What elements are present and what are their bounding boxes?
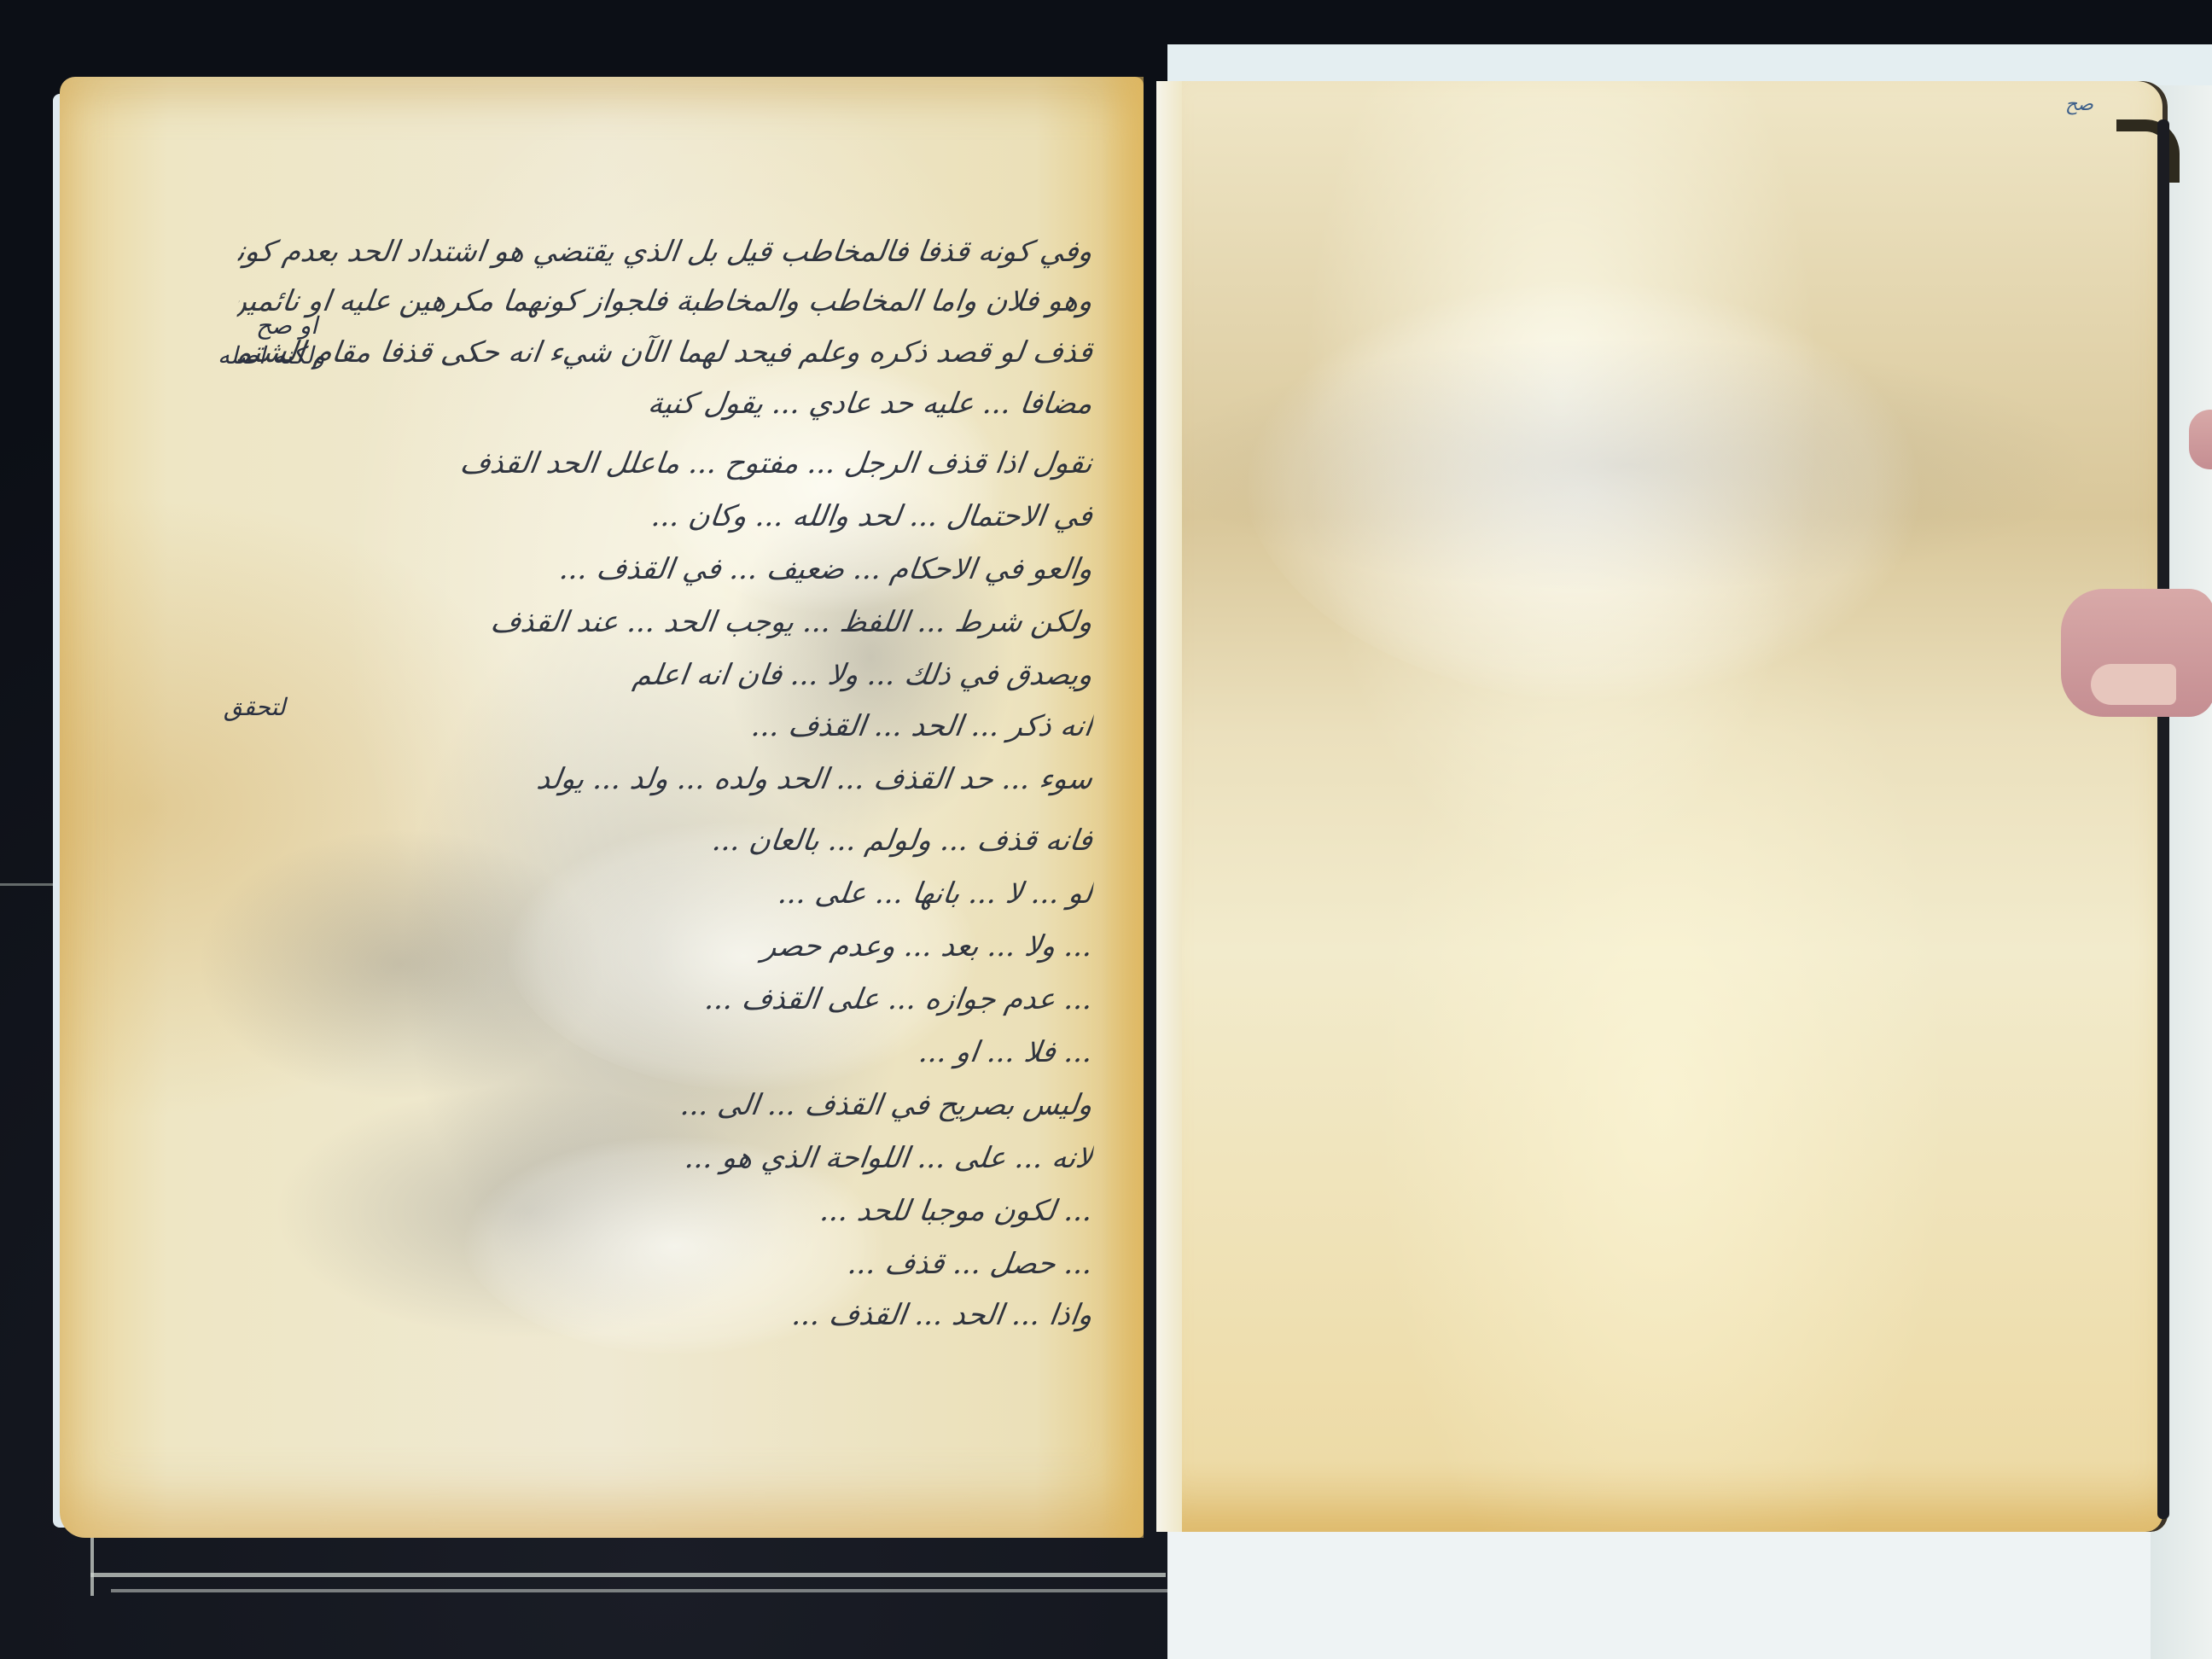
text-line: سوء ... حد القذف ... الحد ولده ... ولد .… (253, 762, 1095, 796)
text-line: مضافا ... عليه حد عادي ... يقول كنية (245, 387, 1095, 421)
text-line: واذا ... الحد ... القذف ... (253, 1298, 1095, 1332)
cloth-grid-line (0, 883, 60, 886)
cloth-grid-line (111, 1589, 1169, 1592)
text-line: وهو فلان واما المخاطب والمخاطبة فلجواز ك… (236, 284, 1095, 318)
text-line: والعو في الاحكام ... ضعيف ... في القذف .… (253, 552, 1095, 586)
cloth-grid-line (90, 1528, 94, 1596)
corner-annotation: صح (2065, 94, 2093, 115)
finger (2189, 410, 2212, 469)
text-line: وفي كونه قذفا فالمخاطب قيل بل الذي يقتضي… (236, 235, 1095, 269)
margin-note: او صح (256, 311, 317, 340)
text-line: في الاحتمال ... لحد والله ... وكان ... (253, 499, 1095, 533)
text-line: انه ذكر ... الحد ... القذف ... (253, 709, 1095, 743)
text-line: وليس بصريح في القذف ... الى ... (253, 1088, 1095, 1122)
text-line: لانه ... على ... اللواحة الذي هو ... (253, 1141, 1095, 1175)
text-line: نقول اذا قذف الرجل ... مفتوح ... ماعلل ا… (253, 446, 1095, 480)
margin-note: لتحقق (224, 693, 286, 721)
page-gutter (1156, 81, 1182, 1532)
water-stain (1156, 337, 2095, 593)
text-line: ولكن شرط ... اللفظ ... يوجب الحد ... عند… (253, 605, 1095, 639)
text-line: ... ولا ... بعد ... وعدم حصر (253, 929, 1095, 963)
right-page (1156, 81, 2168, 1532)
binding-edge (2157, 119, 2169, 1519)
text-line: ... فلا ... او ... (253, 1035, 1095, 1069)
text-line: ... عدم جوازه ... على القذف ... (253, 982, 1095, 1016)
text-line: ويصدق في ذلك ... ولا ... فان انه اعلم (253, 658, 1095, 692)
fingernail (2091, 664, 2176, 705)
margin-note: ولكنه اصله (218, 341, 325, 370)
page-gutter (1101, 77, 1144, 1538)
text-line: ... حصل ... قذف ... (253, 1247, 1095, 1281)
text-line: ... لكون موجبا للحد ... (253, 1194, 1095, 1228)
manuscript-text: وفي كونه قذفا فالمخاطب قيل بل الذي يقتضي… (256, 235, 1092, 1361)
text-line: لو ... لا ... بانها ... على ... (253, 876, 1095, 911)
text-line: فانه قذف ... ولولم ... بالعان ... (253, 824, 1095, 858)
text-line: قذف لو قصد ذكره وعلم فيحد لهما الآن شيء … (236, 335, 1095, 370)
cloth-grid-line (90, 1573, 1166, 1577)
